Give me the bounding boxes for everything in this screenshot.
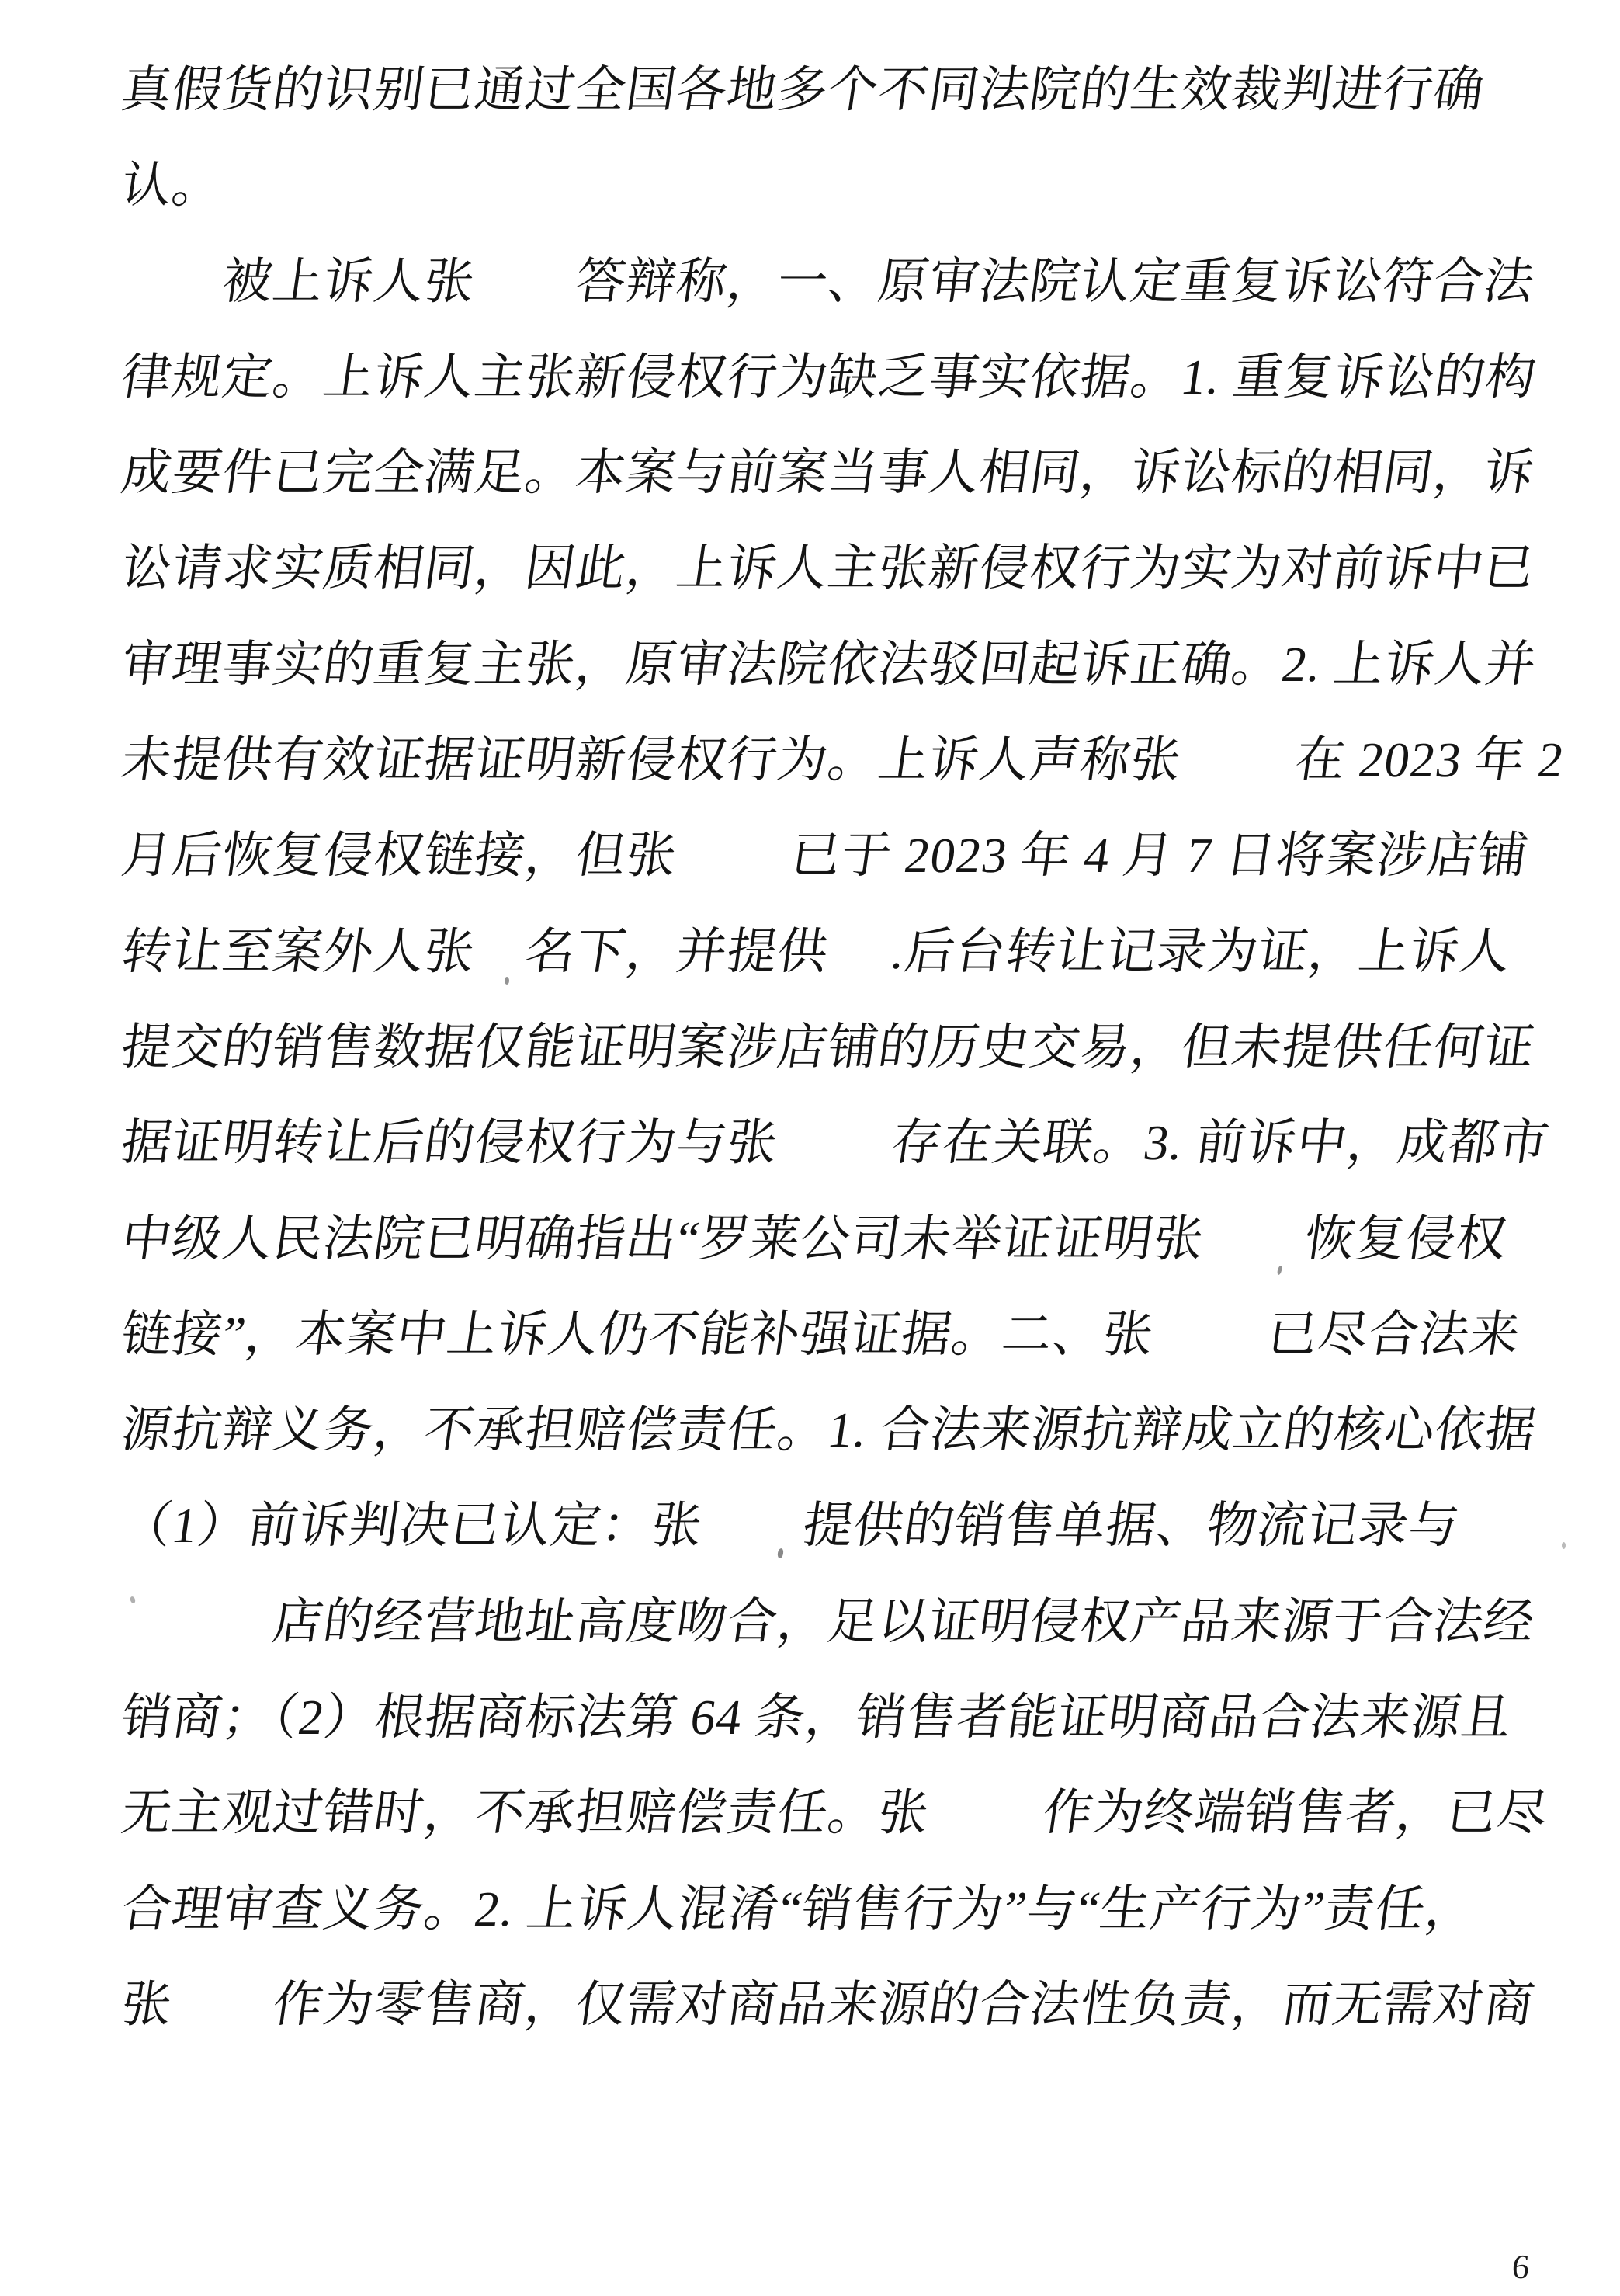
text-line: 提交的销售数据仅能证明案涉店铺的历史交易，但未提供任何证 <box>115 999 1572 1095</box>
text-line: 讼请求实质相同，因此，上诉人主张新侵权行为实为对前诉中已 <box>115 520 1572 616</box>
text-line: 销商；（2）根据商标法第 64 条，销售者能证明商品合法来源且 <box>115 1669 1572 1765</box>
text-line: 源抗辩义务，不承担赔偿责任。1. 合法来源抗辩成立的核心依据 <box>115 1382 1572 1478</box>
text-line: （1）前诉判决已认定：张 提供的销售单据、物流记录与 <box>115 1478 1572 1573</box>
scan-speck <box>1562 1542 1566 1549</box>
text-line: 成要件已完全满足。本案与前案当事人相同，诉讼标的相同，诉 <box>115 425 1572 520</box>
text-line: 未提供有效证据证明新侵权行为。上诉人声称张 在 2023 年 2 <box>115 712 1572 808</box>
page-number: 6 <box>1511 2249 1530 2286</box>
text-line: 无主观过错时，不承担赔偿责任。张 作为终端销售者，已尽 <box>115 1765 1572 1860</box>
text-line: 合理审查义务。2. 上诉人混淆“销售行为”与“生产行为”责任， <box>115 1861 1572 1957</box>
text-line: 店的经营地址高度吻合，足以证明侵权产品来源于合法经 <box>115 1574 1572 1669</box>
text-line: 中级人民法院已明确指出“罗莱公司未举证证明张 恢复侵权 <box>115 1191 1572 1287</box>
text-line: 审理事实的重复主张，原审法院依法驳回起诉正确。2. 上诉人并 <box>115 617 1572 712</box>
text-line: 律规定。上诉人主张新侵权行为缺乏事实依据。1. 重复诉讼的构 <box>115 329 1572 425</box>
document-page: 真假货的识别已通过全国各地多个不同法院的生效裁判进行确 认。 被上诉人张 答辩称… <box>0 0 1620 2296</box>
text-line: 张 作为零售商，仅需对商品来源的合法性负责，而无需对商 <box>115 1957 1572 2052</box>
document-text-block: 真假货的识别已通过全国各地多个不同法院的生效裁判进行确 认。 被上诉人张 答辩称… <box>122 42 1566 2052</box>
text-line: 被上诉人张 答辩称，一、原审法院认定重复诉讼符合法 <box>115 234 1572 329</box>
text-line: 月后恢复侵权链接，但张 已于 2023 年 4 月 7 日将案涉店铺 <box>115 808 1572 903</box>
scan-speck <box>505 977 509 985</box>
text-line: 转让至案外人张 名下，并提供 .后台转让记录为证，上诉人 <box>115 904 1572 999</box>
text-line: 据证明转让后的侵权行为与张 存在关联。3. 前诉中，成都市 <box>115 1095 1572 1190</box>
text-line: 链接”，本案中上诉人仍不能补强证据。二、张 已尽合法来 <box>115 1287 1572 1382</box>
text-line: 认。 <box>115 137 1572 233</box>
text-line: 真假货的识别已通过全国各地多个不同法院的生效裁判进行确 <box>115 42 1572 137</box>
